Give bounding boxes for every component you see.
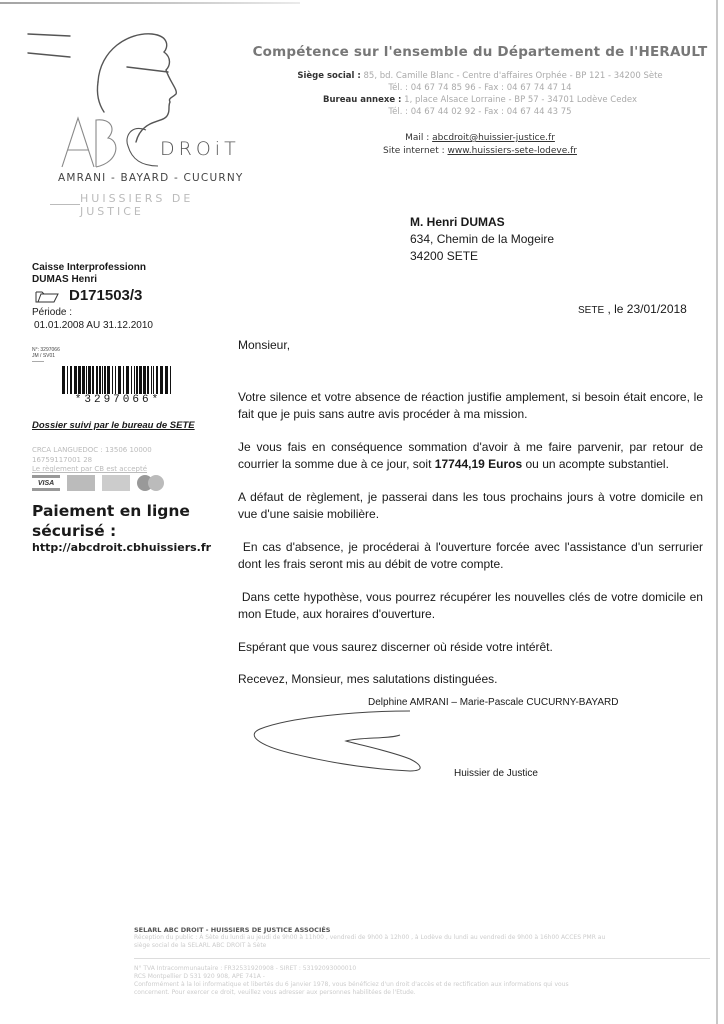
recipient-name: M. Henri DUMAS	[410, 214, 554, 231]
site-line: Site internet : www.huissiers-sete-lodev…	[240, 145, 720, 158]
divider	[50, 204, 80, 205]
logo-partners: AMRANI - BAYARD - CUCURNY	[58, 172, 244, 184]
signer-role: Huissier de Justice	[454, 768, 538, 779]
scan-artifact-top	[0, 2, 300, 4]
folder-icon	[35, 289, 59, 303]
siege-phone: Tél. : 04 67 74 85 96 - Fax : 04 67 74 4…	[240, 82, 720, 94]
case-info: Caisse Interprofessionn DUMAS Henri	[32, 262, 146, 286]
ref-code: JM / SV01	[32, 353, 60, 359]
paragraph: Votre silence et votre absence de réacti…	[238, 389, 703, 424]
siege-address: Siège social : 85, bd. Camille Blanc - C…	[240, 70, 720, 82]
paragraph-amount: Je vous fais en conséquence sommation d'…	[238, 439, 703, 474]
annexe-phone: Tél. : 04 67 44 02 92 - Fax : 04 67 44 4…	[240, 106, 720, 118]
barcode	[62, 366, 174, 394]
creditor: Caisse Interprofessionn	[32, 262, 146, 274]
mastercard-icon	[137, 475, 165, 491]
profile-head-icon	[20, 20, 250, 190]
bank-details: CRCA LANGUEDOC : 13506 10000 16759117001…	[32, 446, 152, 475]
dossier-row: D171503/3	[35, 287, 142, 304]
letterhead: Compétence sur l'ensemble du Département…	[240, 44, 720, 158]
recipient-city: 34200 SETE	[410, 248, 554, 265]
online-payment-url[interactable]: http://abcdroit.cbhuissiers.fr	[32, 541, 211, 554]
follow-up-office: Dossier suivi par le bureau de SETE	[32, 420, 195, 431]
verified-by-visa-icon	[67, 475, 95, 491]
dossier-number: D171503/3	[69, 287, 142, 304]
divider	[32, 361, 44, 362]
mail-link[interactable]: abcdroit@huissier-justice.fr	[432, 133, 555, 143]
greeting: Monsieur,	[238, 337, 703, 355]
letter-body: Monsieur, Votre silence et votre absence…	[238, 337, 703, 689]
divider	[134, 958, 710, 959]
siege-label: Siège social :	[297, 71, 360, 81]
logo-brand: DROiT	[160, 138, 240, 160]
annexe-address: Bureau annexe : 1, place Alsace Lorraine…	[240, 94, 720, 106]
paragraph: Espérant que vous saurez discerner où ré…	[238, 639, 703, 657]
paragraph: Dans cette hypothèse, vous pourrez récup…	[238, 589, 703, 624]
online-payment-title: Paiement en ligne sécurisé :	[32, 501, 202, 541]
periode-label: Période :	[32, 306, 153, 319]
paragraph: En cas d'absence, je procéderai à l'ouve…	[238, 539, 703, 574]
reference: N°: 3297066 JM / SV01	[32, 347, 60, 359]
visa-icon: VISA	[32, 475, 60, 491]
letterhead-title: Compétence sur l'ensemble du Département…	[240, 44, 720, 60]
footer-title: SELARL ABC DROIT - HUISSIERS DE JUSTICE …	[134, 926, 710, 934]
recipient-address: M. Henri DUMAS 634, Chemin de la Mogeire…	[410, 214, 554, 265]
periode-value: 01.01.2008 AU 31.12.2010	[32, 319, 153, 332]
legal-footer: SELARL ABC DROIT - HUISSIERS DE JUSTICE …	[134, 926, 710, 997]
cb-card-icon	[102, 475, 130, 491]
recipient-street: 634, Chemin de la Mogeire	[410, 231, 554, 248]
mail-line: Mail : abcdroit@huissier-justice.fr	[240, 132, 720, 145]
letter-date: SETE , le 23/01/2018	[578, 302, 687, 316]
logo-tagline: HUISSIERS DE JUSTICE	[80, 192, 250, 218]
barcode-text: *3297066*	[62, 394, 174, 406]
amount-due: 17744,19 Euros	[435, 457, 522, 471]
paragraph: A défaut de règlement, je passerai dans …	[238, 489, 703, 524]
company-logo: DROiT AMRANI - BAYARD - CUCURNY HUISSIER…	[20, 20, 250, 190]
site-link[interactable]: www.huissiers-sete-lodeve.fr	[448, 146, 577, 156]
annexe-label: Bureau annexe :	[323, 95, 401, 105]
payment-cards: VISA	[32, 475, 165, 491]
debtor-name: DUMAS Henri	[32, 274, 146, 286]
periode: Période : 01.01.2008 AU 31.12.2010	[32, 306, 153, 332]
closing: Recevez, Monsieur, mes salutations disti…	[238, 671, 703, 689]
